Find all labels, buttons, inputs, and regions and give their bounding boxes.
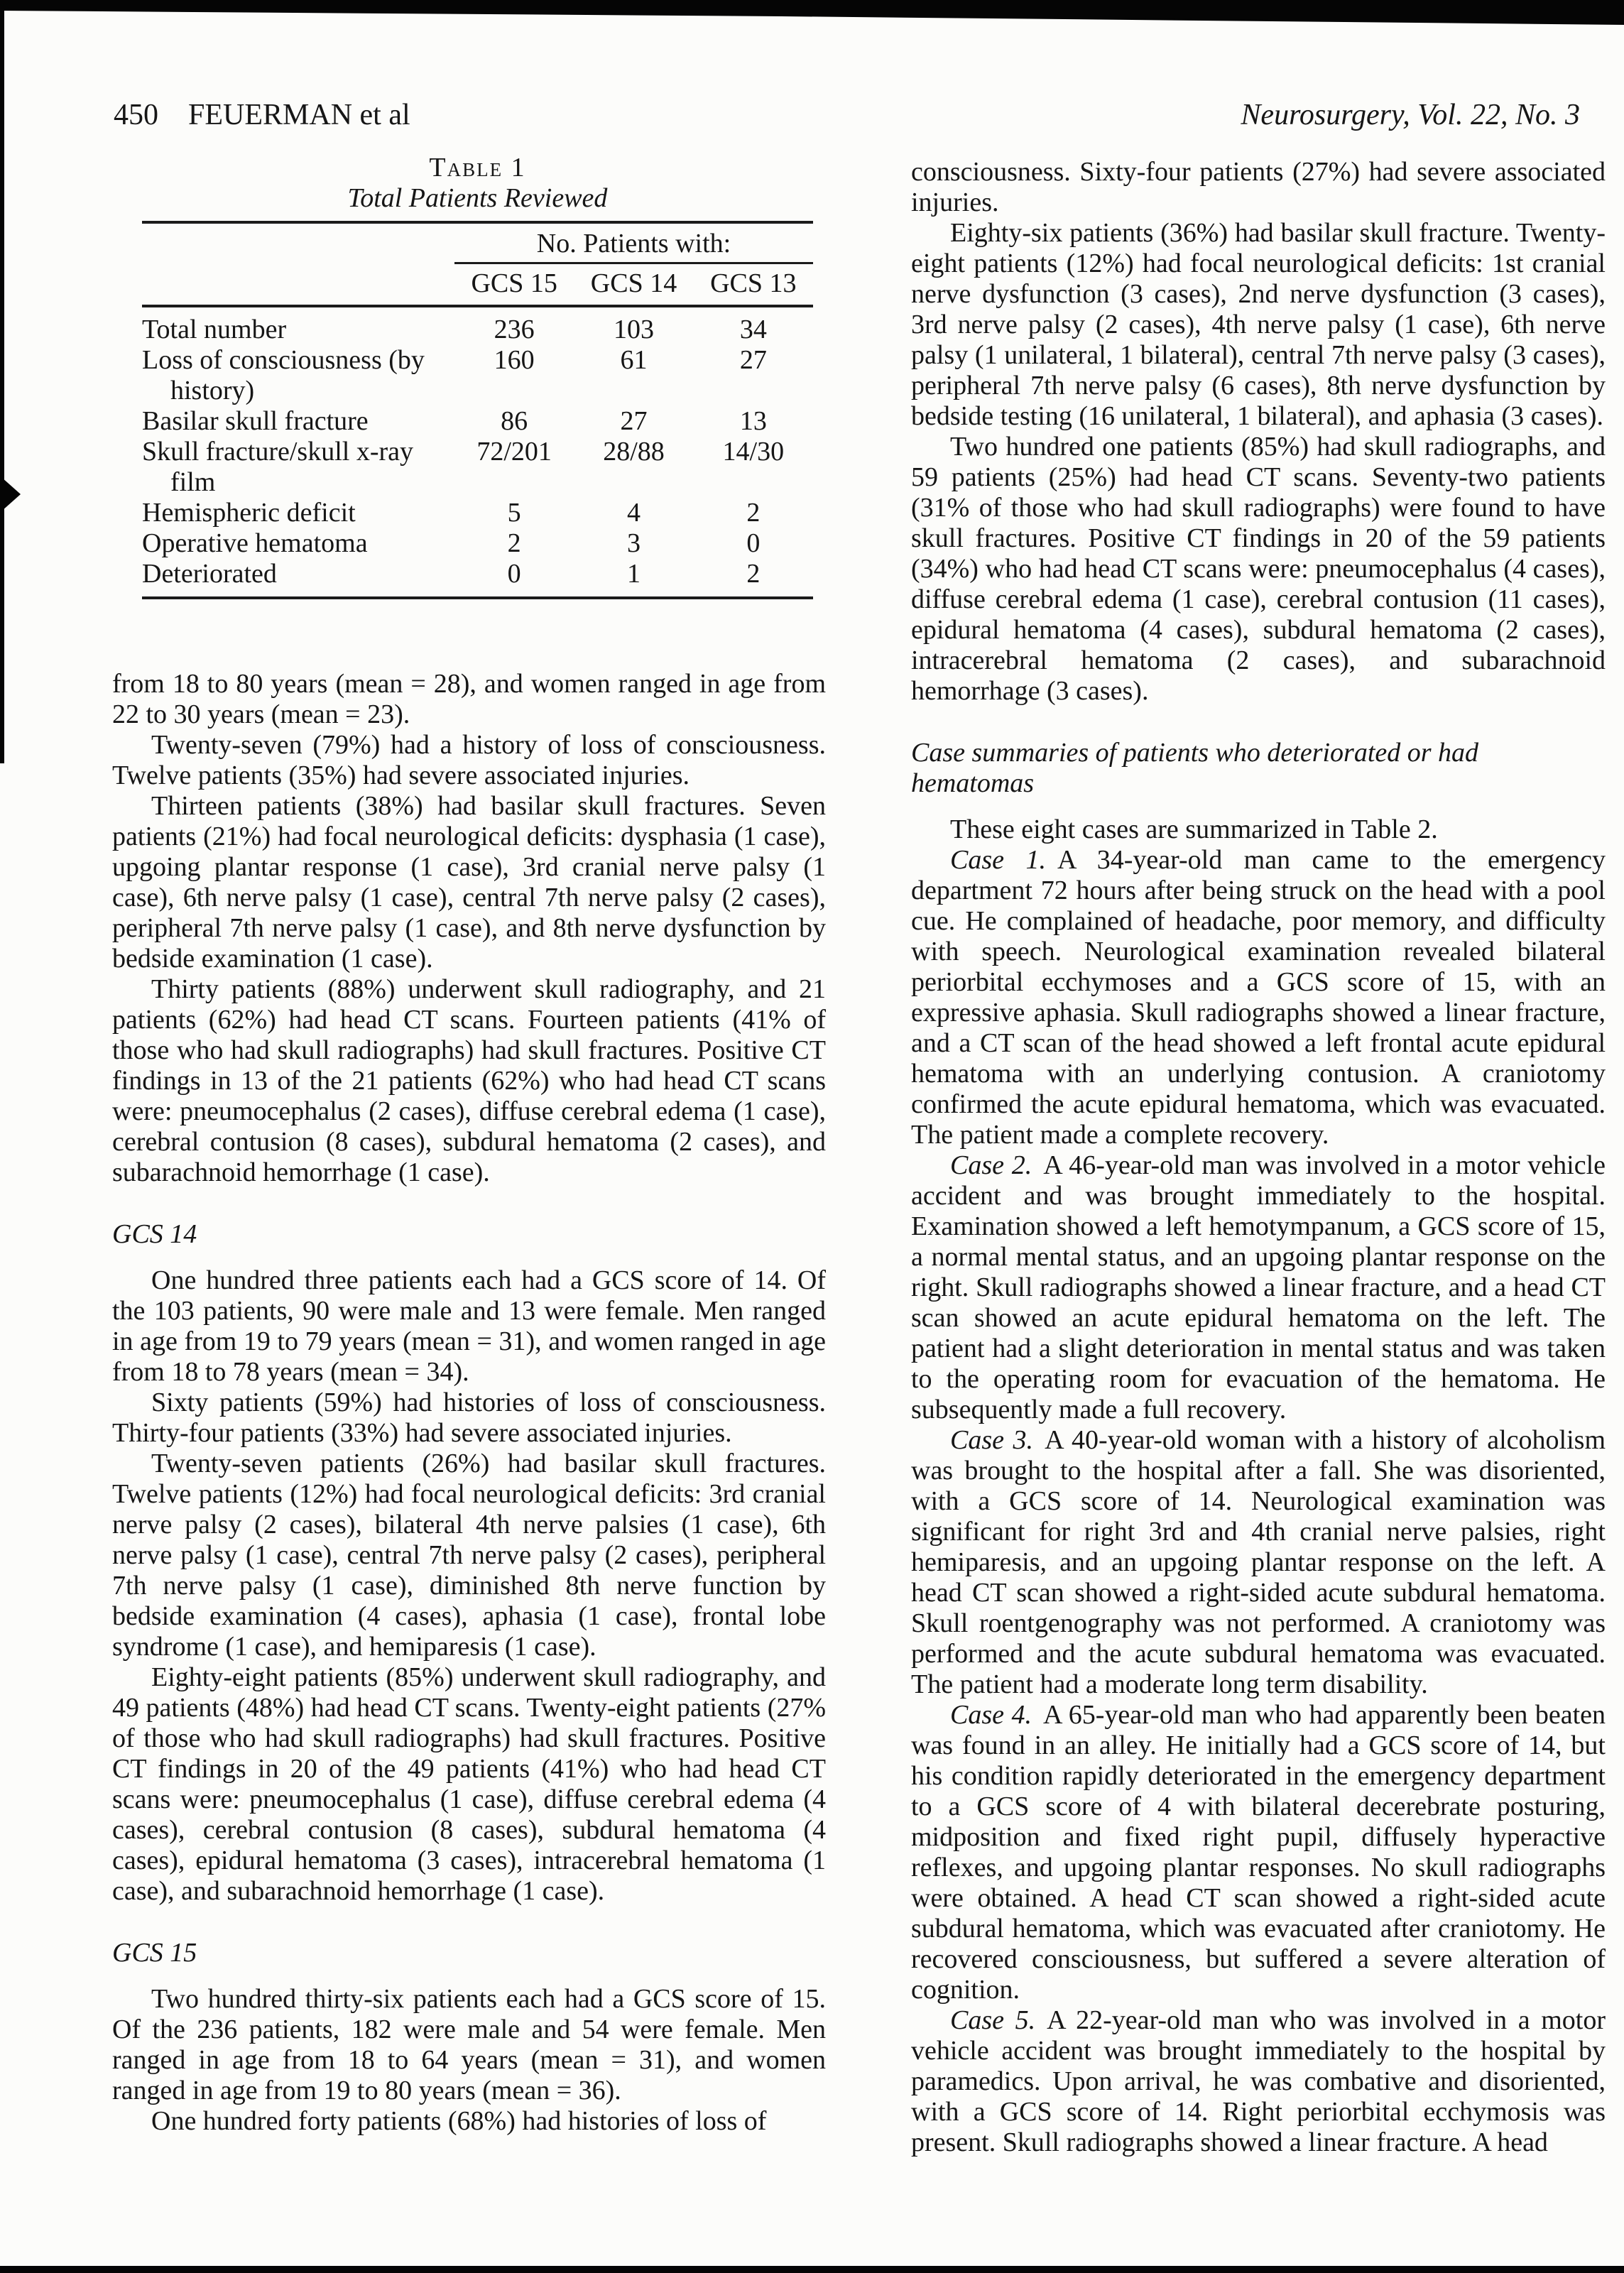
paragraph: Eighty-six patients (36%) had basilar sk… — [911, 218, 1606, 432]
table-cell: 14/30 — [694, 437, 813, 467]
table-cell: 34 — [694, 315, 813, 345]
table-row-label: Loss of consciousness (by history) — [142, 345, 454, 406]
paragraph: Two hundred one patients (85%) had skull… — [911, 432, 1606, 707]
right-column: consciousness. Sixty-four patients (27%)… — [911, 153, 1606, 2158]
table-cell: 1 — [574, 559, 693, 589]
table-column-header: GCS 15 — [454, 264, 574, 305]
case-paragraph: Case 2.A 46-year-old man was involved in… — [911, 1150, 1606, 1425]
case-number: Case 3. — [950, 1425, 1033, 1455]
table-column-header-row: GCS 15 GCS 14 GCS 13 — [142, 264, 813, 305]
case-text: A 34-year-old man came to the emergency … — [911, 845, 1606, 1150]
table-1: Table 1 Total Patients Reviewed No. Pati… — [142, 153, 813, 599]
journal-page-scan: 450FEUERMAN et al Neurosurgery, Vol. 22,… — [0, 0, 1624, 2273]
table-body: Total number 236 103 34 Loss of consciou… — [142, 307, 813, 589]
scan-top-edge-bar — [0, 0, 1624, 26]
table-title: Total Patients Reviewed — [142, 183, 813, 214]
case-text: A 65-year-old man who had apparently bee… — [911, 1700, 1606, 2005]
table-cell: 2 — [694, 559, 813, 589]
table-row-label: Basilar skull fracture — [142, 406, 454, 437]
left-column: Table 1 Total Patients Reviewed No. Pati… — [112, 153, 826, 2137]
table-cell: 0 — [694, 528, 813, 559]
running-head-journal: Neurosurgery, Vol. 22, No. 3 — [1241, 98, 1580, 132]
section-heading-gcs14: GCS 14 — [112, 1219, 826, 1250]
case-text: A 40-year-old woman with a history of al… — [911, 1425, 1606, 1699]
table-label: Table 1 — [142, 153, 813, 183]
table-rule-bottom — [142, 596, 813, 599]
table-cell: 5 — [454, 498, 574, 528]
table-column-header: GCS 14 — [574, 264, 693, 305]
running-head-authors: FEUERMAN et al — [188, 99, 410, 131]
paragraph: Two hundred thirty-six patients each had… — [112, 1984, 826, 2106]
running-head: 450FEUERMAN et al Neurosurgery, Vol. 22,… — [114, 98, 1580, 132]
paragraph: Eighty-eight patients (85%) underwent sk… — [112, 1662, 826, 1907]
section-heading-gcs15: GCS 15 — [112, 1938, 826, 1968]
case-paragraph: Case 3.A 40-year-old woman with a histor… — [911, 1425, 1606, 1700]
table-cell: 236 — [454, 315, 574, 345]
case-number: Case 4. — [950, 1700, 1032, 1730]
paragraph: Twenty-seven (79%) had a history of loss… — [112, 730, 826, 791]
paragraph: Thirteen patients (38%) had basilar skul… — [112, 791, 826, 974]
case-paragraph: Case 5.A 22-year-old man who was involve… — [911, 2005, 1606, 2158]
case-paragraph: Case 1.A 34-year-old man came to the eme… — [911, 845, 1606, 1150]
table-group-header-row: No. Patients with: — [142, 224, 813, 264]
case-number: Case 5. — [950, 2005, 1035, 2035]
table-cell: 2 — [454, 528, 574, 559]
table-row-label: Operative hematoma — [142, 528, 454, 559]
section-heading-case-summaries: Case summaries of patients who deteriora… — [911, 738, 1606, 799]
table-cell: 0 — [454, 559, 574, 589]
table-row-label: Total number — [142, 315, 454, 345]
table-row-label: Hemispheric deficit — [142, 498, 454, 528]
case-number: Case 1. — [950, 845, 1046, 875]
paragraph: Twenty-seven patients (26%) had basilar … — [112, 1449, 826, 1662]
table-column-header: GCS 13 — [694, 264, 813, 305]
table-cell: 3 — [574, 528, 693, 559]
table-cell: 86 — [454, 406, 574, 437]
table-cell: 27 — [574, 406, 693, 437]
table-cell: 103 — [574, 315, 693, 345]
table-cell: 61 — [574, 345, 693, 376]
case-text: A 46-year-old man was involved in a moto… — [911, 1150, 1606, 1424]
table-row-label: Deteriorated — [142, 559, 454, 589]
paragraph: One hundred three patients each had a GC… — [112, 1265, 826, 1388]
table-cell: 4 — [574, 498, 693, 528]
paragraph: consciousness. Sixty-four patients (27%)… — [911, 157, 1606, 218]
table-cell: 2 — [694, 498, 813, 528]
table-cell: 13 — [694, 406, 813, 437]
paragraph: Sixty patients (59%) had histories of lo… — [112, 1388, 826, 1449]
table-cell: 160 — [454, 345, 574, 376]
table-row-label: Skull fracture/skull x-ray film — [142, 437, 454, 498]
table-cell: 28/88 — [574, 437, 693, 467]
scan-bottom-edge-bar — [0, 2266, 1624, 2273]
paragraph: These eight cases are summarized in Tabl… — [911, 814, 1606, 845]
paragraph: Thirty patients (88%) underwent skull ra… — [112, 974, 826, 1188]
scan-left-edge-line — [0, 9, 4, 763]
scan-left-edge-mark — [1, 477, 21, 511]
table-group-header: No. Patients with: — [454, 224, 813, 264]
case-paragraph: Case 4.A 65-year-old man who had apparen… — [911, 1700, 1606, 2005]
paragraph: One hundred forty patients (68%) had his… — [112, 2106, 826, 2137]
table-cell: 72/201 — [454, 437, 574, 467]
page-number: 450 — [114, 99, 158, 131]
table-cell: 27 — [694, 345, 813, 376]
case-number: Case 2. — [950, 1150, 1032, 1180]
paragraph: from 18 to 80 years (mean = 28), and wom… — [112, 669, 826, 730]
running-head-left: 450FEUERMAN et al — [114, 98, 410, 132]
